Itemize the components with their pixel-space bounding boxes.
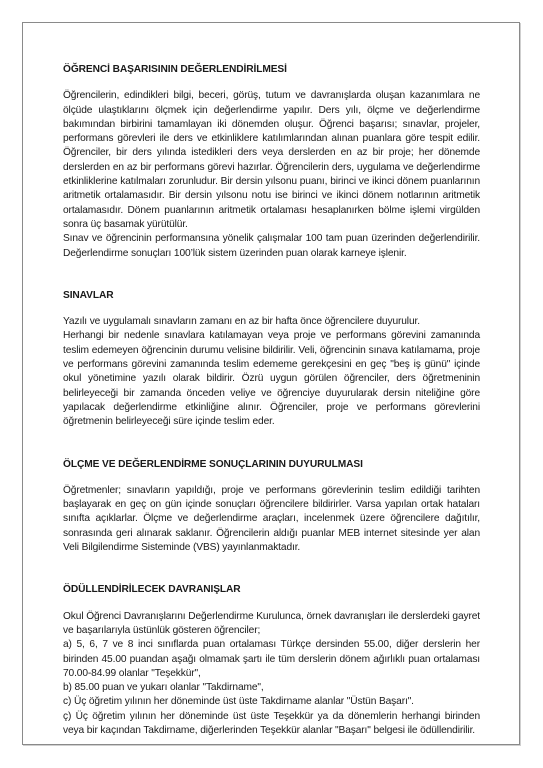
section-title-olcme-degerlendirme: ÖLÇME VE DEĞERLENDİRME SONUÇLARININ DUYU… bbox=[63, 458, 480, 472]
paragraph: Herhangi bir nedenle sınavlara katılamay… bbox=[63, 329, 480, 429]
list-item-b: b) 85.00 puan ve yukarı olanlar "Takdirn… bbox=[63, 681, 480, 695]
paragraph: Yazılı ve uygulamalı sınavların zamanı e… bbox=[63, 315, 480, 329]
paragraph: Okul Öğrenci Davranışlarını Değerlendirm… bbox=[63, 610, 480, 639]
paragraph: Öğrencilerin, edindikleri bilgi, beceri,… bbox=[63, 89, 480, 232]
list-item-cc: ç) Üç öğretim yılının her döneminde üst … bbox=[63, 710, 480, 739]
paragraph: Sınav ve öğrencinin performansına yöneli… bbox=[63, 232, 480, 261]
section-title-odullendirilecek-davranislar: ÖDÜLLENDİRİLECEK DAVRANIŞLAR bbox=[63, 583, 480, 597]
section-title-ogrenci-basarisi: ÖĞRENCİ BAŞARISININ DEĞERLENDİRİLMESİ bbox=[63, 63, 480, 77]
list-item-c: c) Üç öğretim yılının her döneminde üst … bbox=[63, 695, 480, 709]
document-content: ÖĞRENCİ BAŞARISININ DEĞERLENDİRİLMESİ Öğ… bbox=[63, 63, 480, 738]
list-item-a: a) 5, 6, 7 ve 8 inci sınıflarda puan ort… bbox=[63, 638, 480, 681]
section-title-sinavlar: SINAVLAR bbox=[63, 289, 480, 303]
paragraph: Öğretmenler; sınavların yapıldığı, proje… bbox=[63, 484, 480, 555]
